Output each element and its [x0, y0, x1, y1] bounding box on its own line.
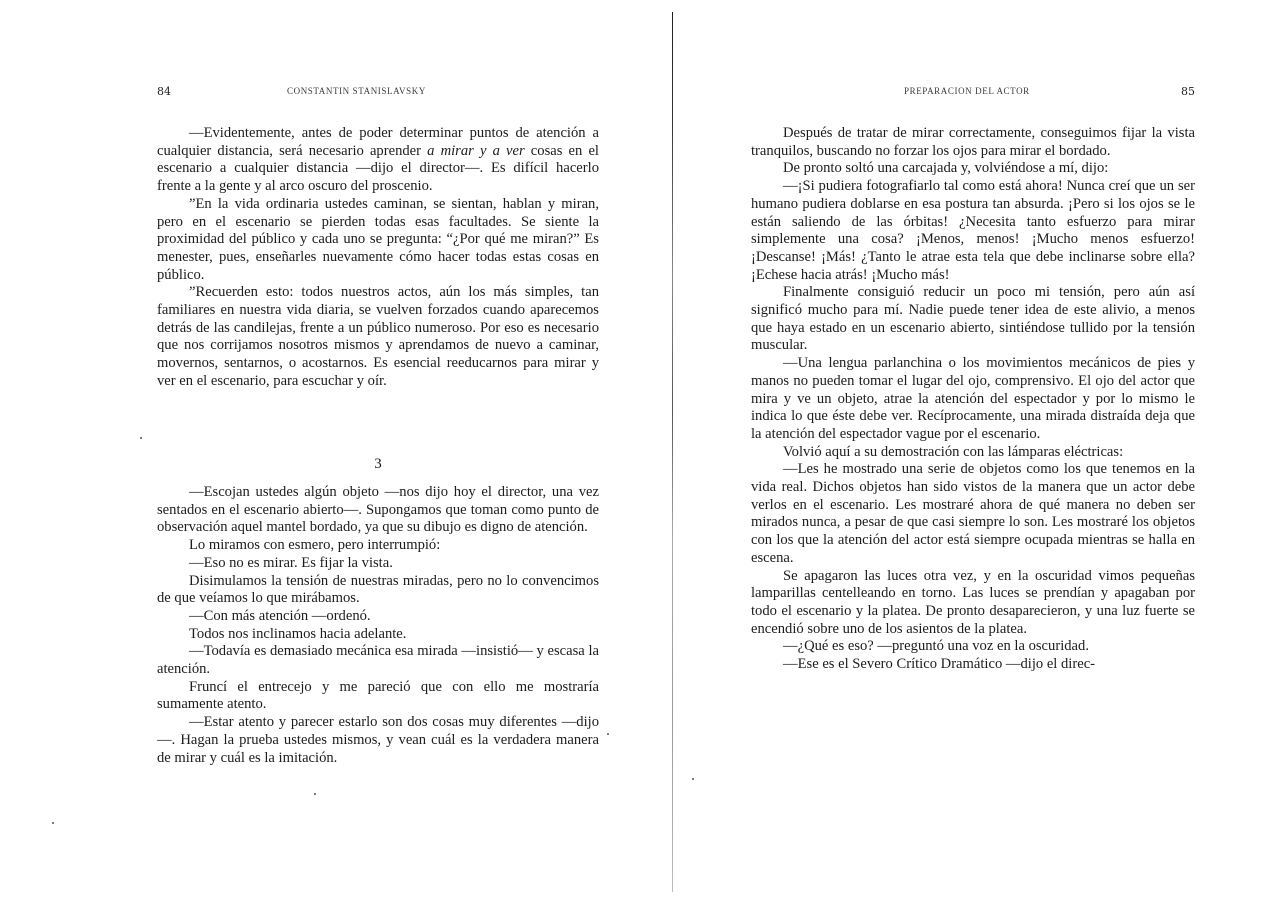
paragraph: —Una lengua parlanchina o los movimiento…	[751, 355, 1195, 444]
paragraph: Se apagaron las luces otra vez, y en la …	[751, 568, 1195, 639]
paragraph: —¿Qué es eso? —preguntó una voz en la os…	[751, 638, 1195, 656]
paragraph: —Todavía es demasiado mecánica esa mirad…	[157, 643, 599, 678]
paragraph: —Escojan ustedes algún objeto —nos dijo …	[157, 484, 599, 537]
paragraph: Lo miramos con esmero, pero interrumpió:	[157, 537, 599, 555]
paragraph: Disimulamos la tensión de nuestras mirad…	[157, 573, 599, 608]
book-gutter-divider	[672, 12, 673, 892]
paragraph: —Ese es el Severo Crítico Dramático —dij…	[751, 656, 1195, 674]
paragraph: De pronto soltó una carcajada y, volvién…	[751, 160, 1195, 178]
emphasis-text: a mirar y a ver	[427, 143, 525, 159]
paragraph: Finalmente consiguió reducir un poco mi …	[751, 284, 1195, 355]
section-number: 3	[157, 456, 599, 473]
page-number: 85	[1181, 85, 1195, 98]
paragraph: —¡Si pudiera fotografiarlo tal como está…	[751, 178, 1195, 284]
paragraph: Volvió aquí a su demostración con las lá…	[751, 444, 1195, 462]
right-running-head: PREPARACION DEL ACTOR 85	[751, 86, 1195, 100]
left-running-head: 84 CONSTANTIN STANISLAVSKY	[157, 86, 599, 100]
scan-speck	[314, 793, 316, 795]
scan-speck	[140, 437, 142, 439]
left-text-block-b: —Escojan ustedes algún objeto —nos dijo …	[157, 484, 599, 767]
running-head-title: PREPARACION DEL ACTOR	[751, 86, 1195, 96]
paragraph: ”Recuerden esto: todos nuestros actos, a…	[157, 284, 599, 390]
right-text-block: Después de tratar de mirar correctamente…	[751, 125, 1195, 674]
left-text-block-a: —Evidentemente, antes de poder determina…	[157, 125, 599, 391]
paragraph: Todos nos inclinamos hacia adelante.	[157, 626, 599, 644]
paragraph: —Les he mostrado una serie de objetos co…	[751, 461, 1195, 567]
book-spread: 84 CONSTANTIN STANISLAVSKY —Evidentement…	[0, 0, 1280, 906]
paragraph: ”En la vida ordinaria ustedes caminan, s…	[157, 196, 599, 285]
page-number: 84	[157, 85, 171, 98]
paragraph: —Evidentemente, antes de poder determina…	[157, 125, 599, 196]
paragraph: —Con más atención —ordenó.	[157, 608, 599, 626]
scan-speck	[692, 778, 694, 780]
paragraph: Después de tratar de mirar correctamente…	[751, 125, 1195, 160]
scan-speck	[52, 822, 54, 824]
scan-speck	[607, 733, 609, 735]
paragraph: —Eso no es mirar. Es fijar la vista.	[157, 555, 599, 573]
paragraph: —Estar atento y parecer estarlo son dos …	[157, 714, 599, 767]
running-head-title: CONSTANTIN STANISLAVSKY	[197, 86, 599, 96]
paragraph: Fruncí el entrecejo y me pareció que con…	[157, 679, 599, 714]
